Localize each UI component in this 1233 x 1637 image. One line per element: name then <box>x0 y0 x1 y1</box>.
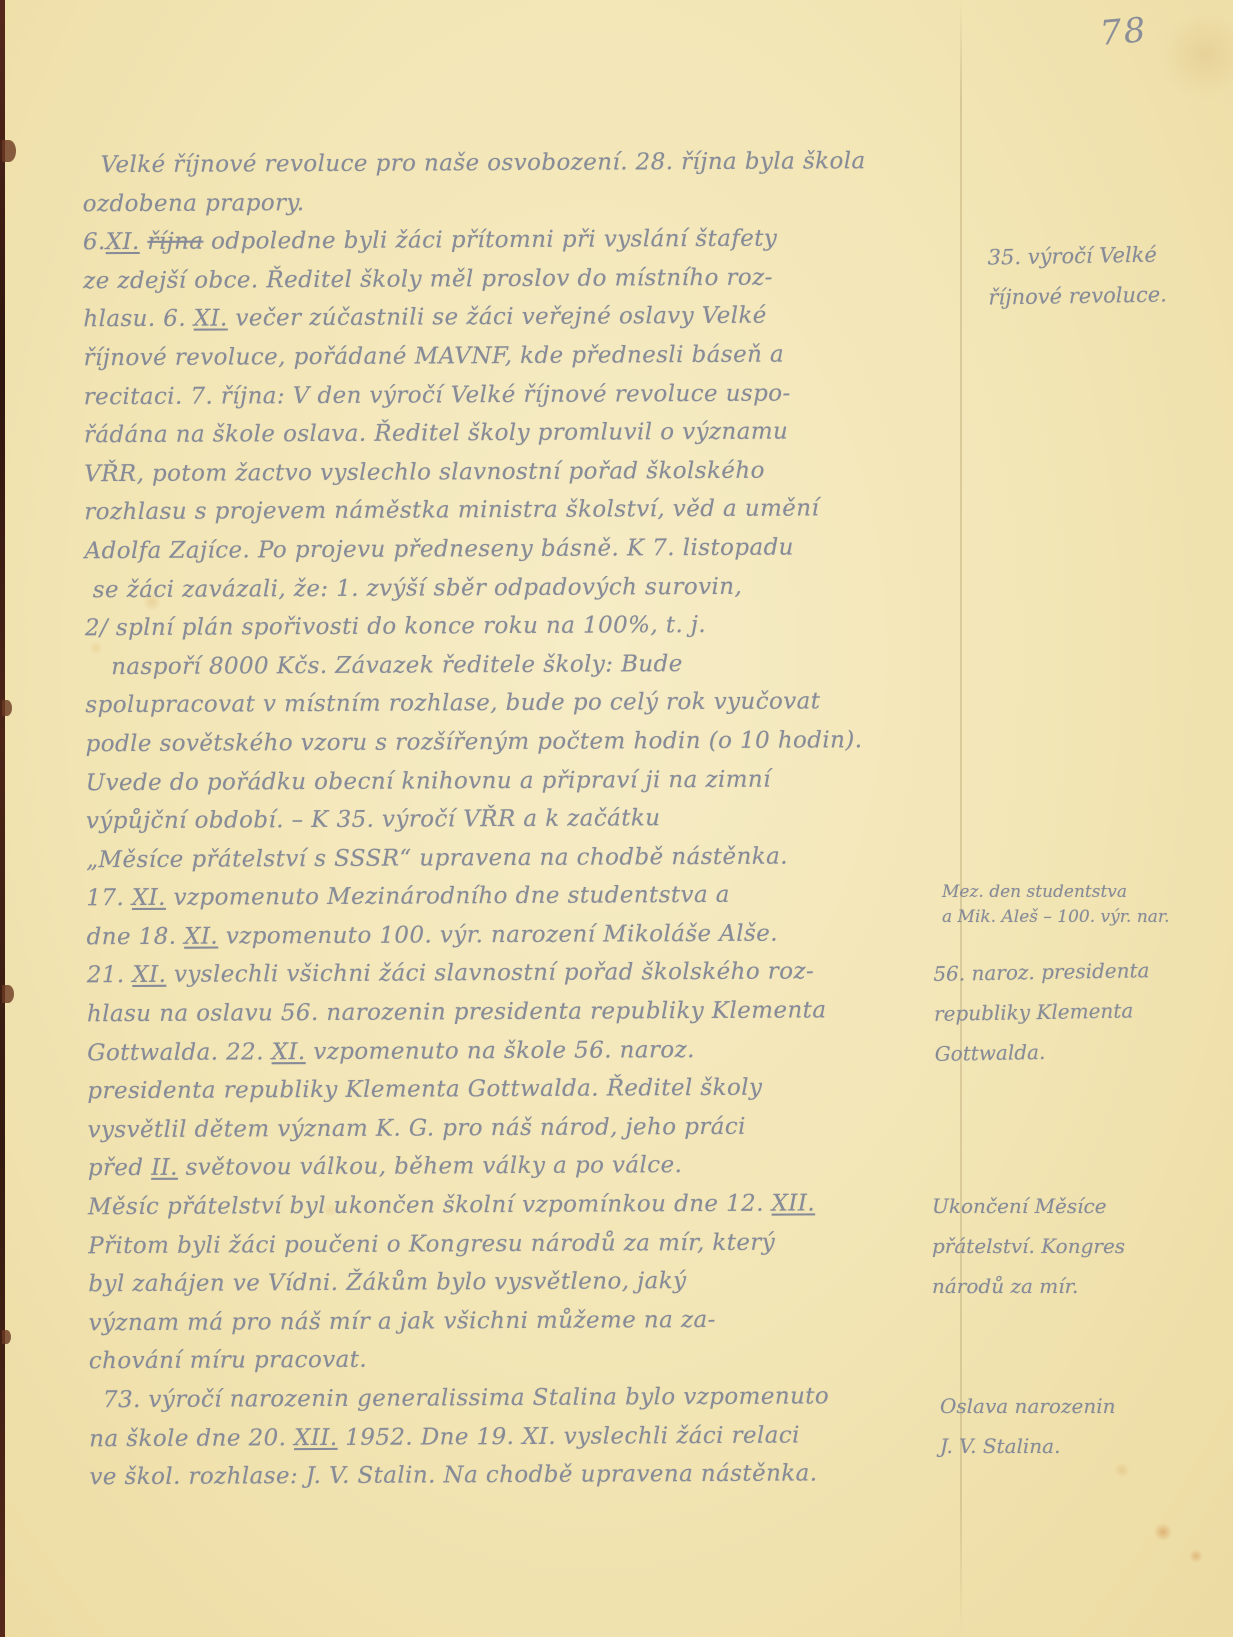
text-line: recitaci. 7. října: V den výročí Velké ř… <box>84 379 936 422</box>
paper-tear <box>2 985 14 1003</box>
text-line: naspoří 8000 Kčs. Závazek ředitele školy… <box>85 649 937 692</box>
text-line: vysvětlil dětem význam K. G. pro náš nár… <box>88 1113 940 1156</box>
text-line: VŘR, potom žactvo vyslechlo slavnostní p… <box>84 457 936 500</box>
text-segment: XI. <box>272 1039 306 1065</box>
margin-note-line: J. V. Stalina. <box>940 1426 1116 1466</box>
text-line: 6.XI. října odpoledne byli žáci přítomni… <box>83 225 935 268</box>
text-line: význam má pro náš mír a jak všichni může… <box>89 1306 941 1349</box>
margin-note-line: Mez. den studentstva <box>942 880 1170 905</box>
text-segment: večer zúčastnili se žáci veřejné oslavy … <box>228 303 767 332</box>
text-segment: vzpomenuto na škole 56. naroz. <box>306 1037 695 1065</box>
text-segment: ozdobena prapory. <box>83 190 305 217</box>
text-segment: před <box>88 1155 152 1181</box>
paper-tear <box>2 1330 11 1344</box>
text-line: podle sovětského vzoru s rozšířeným počt… <box>86 727 938 770</box>
text-line: Přitom byli žáci poučeni o Kongresu náro… <box>88 1228 940 1271</box>
text-segment: XII. <box>772 1190 816 1216</box>
page-number: 78 <box>1098 10 1149 54</box>
text-segment: 17. <box>86 885 132 911</box>
margin-note: Ukončení Měsícepřátelství. Kongresnárodů… <box>932 1186 1125 1306</box>
text-line: hlasu. 6. XI. večer zúčastnili se žáci v… <box>83 302 935 345</box>
text-line: Adolfa Zajíce. Po projevu předneseny bás… <box>84 534 936 577</box>
text-line: ve škol. rozhlase: J. V. Stalin. Na chod… <box>89 1460 941 1503</box>
margin-note-line: říjnové revoluce. <box>988 274 1167 317</box>
text-line: hlasu na oslavu 56. narozenin presidenta… <box>87 997 939 1040</box>
margin-note: 35. výročí Velkéříjnové revoluce. <box>987 234 1167 317</box>
margin-note: Mez. den studentstvaa Mik. Aleš – 100. v… <box>942 880 1170 930</box>
paper-tear <box>2 700 12 716</box>
text-segment: recitaci. 7. října: V den výročí Velké ř… <box>84 380 791 410</box>
text-line: ze zdejší obce. Ředitel školy měl proslo… <box>83 264 935 307</box>
text-segment: 2/ splní plán spořivosti do konce roku n… <box>85 612 706 641</box>
text-segment: XI. <box>184 923 218 949</box>
text-segment: chování míru pracovat. <box>89 1347 367 1374</box>
text-segment: presidenta republiky Klementa Gottwalda.… <box>87 1075 762 1105</box>
text-segment: spolupracovat v místním rozhlase, bude p… <box>85 689 820 719</box>
margin-note-line: 56. naroz. presidenta <box>933 950 1150 994</box>
text-segment: říjnové revoluce, pořádané MAVNF, kde př… <box>83 342 784 372</box>
text-line: Měsíc přátelství byl ukončen školní vzpo… <box>88 1190 940 1233</box>
text-line: se žáci zavázali, že: 1. zvýší sběr odpa… <box>85 572 937 615</box>
text-line: 21. XI. vyslechli všichni žáci slavnostn… <box>87 958 939 1001</box>
margin-note: Oslava narozeninJ. V. Stalina. <box>940 1386 1116 1466</box>
text-segment: ve škol. rozhlase: J. V. Stalin. Na chod… <box>89 1461 817 1491</box>
text-line: výpůjční období. – K 35. výročí VŘR a k … <box>86 804 938 847</box>
text-segment: Měsíc přátelství byl ukončen školní vzpo… <box>88 1191 772 1221</box>
text-segment: Uvede do pořádku obecní knihovnu a připr… <box>86 766 771 796</box>
text-segment: vyslechli všichni žáci slavnostní pořad … <box>166 959 814 988</box>
text-segment: XII. <box>294 1425 338 1451</box>
margin-note-line: 35. výročí Velké <box>987 234 1166 277</box>
text-line: na škole dne 20. XII. 1952. Dne 19. XI. … <box>89 1421 941 1464</box>
margin-note-line: republiky Klementa <box>934 990 1151 1034</box>
text-segment: XI. <box>132 962 166 988</box>
text-segment: podle sovětského vzoru s rozšířeným počt… <box>86 727 863 757</box>
text-segment: Adolfa Zajíce. Po projevu předneseny bás… <box>84 534 793 564</box>
text-line: Gottwalda. 22. XI. vzpomenuto na škole 5… <box>87 1035 939 1078</box>
text-segment: hlasu. 6. <box>83 306 194 333</box>
text-segment: XI. <box>194 306 228 332</box>
text-segment: 73. výročí narozenin generalissima Stali… <box>103 1383 829 1413</box>
text-segment: rozhlasu s projevem náměstka ministra šk… <box>84 496 819 526</box>
text-line: „Měsíce přátelství s SSSR“ upravena na c… <box>86 842 938 885</box>
text-line: 17. XI. vzpomenuto Mezinárodního dne stu… <box>86 881 938 924</box>
text-line: Uvede do pořádku obecní knihovnu a připr… <box>86 765 938 808</box>
text-segment: „Měsíce přátelství s SSSR“ upravena na c… <box>86 843 788 873</box>
text-segment: hlasu na oslavu 56. narozenin presidenta… <box>87 997 827 1027</box>
text-line: řádána na škole oslava. Ředitel školy pr… <box>84 418 936 461</box>
text-segment: Gottwalda. 22. <box>87 1039 272 1066</box>
margin-note-line: a Mik. Aleš – 100. výr. nar. <box>942 905 1170 930</box>
text-segment: vzpomenuto Mezinárodního dne studentstva… <box>166 882 730 911</box>
text-segment: XI. <box>132 885 166 911</box>
text-segment: se žáci zavázali, že: 1. zvýší sběr odpa… <box>93 573 743 602</box>
text-segment: odpoledne byli žáci přítomni při vyslání… <box>203 226 777 255</box>
text-segment: naspoří 8000 Kčs. Závazek ředitele školy… <box>111 651 683 680</box>
text-segment: II. <box>151 1155 178 1181</box>
chronicle-page: 78 Velké říjnové revoluce pro naše osvob… <box>0 0 1233 1637</box>
text-segment: Přitom byli žáci poučeni o Kongresu náro… <box>88 1229 775 1259</box>
margin-note: 56. naroz. presidentarepubliky KlementaG… <box>933 950 1151 1074</box>
text-line: dne 18. XI. vzpomenuto 100. výr. narozen… <box>87 920 939 963</box>
text-line: před II. světovou válkou, během války a … <box>88 1151 940 1194</box>
text-segment: vysvětlil dětem význam K. G. pro náš nár… <box>88 1114 746 1143</box>
text-line: byl zahájen ve Vídni. Žákům bylo vysvětl… <box>88 1267 940 1310</box>
text-line: spolupracovat v místním rozhlase, bude p… <box>85 688 937 731</box>
text-segment: na škole dne 20. <box>89 1425 294 1452</box>
text-line: 73. výročí narozenin generalissima Stali… <box>89 1383 941 1426</box>
text-segment: výpůjční období. – K 35. výročí VŘR a k … <box>86 805 661 834</box>
margin-note-line: Oslava narozenin <box>940 1386 1116 1426</box>
margin-note-line: Gottwalda. <box>934 1030 1151 1074</box>
text-line: říjnové revoluce, pořádané MAVNF, kde př… <box>83 341 935 384</box>
margin-note-line: přátelství. Kongres <box>932 1226 1125 1266</box>
text-segment: 1952. Dne 19. XI. vyslechli žáci relaci <box>337 1422 800 1450</box>
text-segment: světovou válkou, během války a po válce. <box>178 1153 683 1182</box>
text-segment: dne 18. <box>87 924 185 951</box>
text-segment: VŘR, potom žactvo vyslechlo slavnostní p… <box>84 457 765 487</box>
text-segment: byl zahájen ve Vídni. Žákům bylo vysvětl… <box>88 1268 686 1297</box>
main-text: Velké říjnové revoluce pro naše osvoboze… <box>82 148 941 1503</box>
margin-note-line: národů za mír. <box>932 1266 1125 1306</box>
text-segment: řádána na škole oslava. Ředitel školy pr… <box>84 419 788 449</box>
text-segment: 6. <box>83 229 106 255</box>
text-segment: význam má pro náš mír a jak všichni může… <box>89 1307 716 1336</box>
text-line: presidenta republiky Klementa Gottwalda.… <box>87 1074 939 1117</box>
text-line: chování míru pracovat. <box>89 1344 941 1387</box>
text-segment: vzpomenuto 100. výr. narození Mikoláše A… <box>218 920 778 949</box>
text-line: rozhlasu s projevem náměstka ministra šk… <box>84 495 936 538</box>
text-segment: Velké říjnové revoluce pro naše osvoboze… <box>100 148 865 178</box>
text-segment: XI. <box>106 229 140 255</box>
text-line: 2/ splní plán spořivosti do konce roku n… <box>85 611 937 654</box>
text-segment: ze zdejší obce. Ředitel školy měl proslo… <box>83 264 773 294</box>
text-segment: 21. <box>87 962 133 988</box>
text-line: Velké říjnové revoluce pro naše osvoboze… <box>82 148 934 191</box>
text-line: ozdobena prapory. <box>83 186 935 229</box>
margin-note-line: Ukončení Měsíce <box>932 1186 1125 1226</box>
paper-tear <box>2 140 16 162</box>
binding-edge <box>0 0 5 1637</box>
text-segment: října <box>147 229 203 255</box>
